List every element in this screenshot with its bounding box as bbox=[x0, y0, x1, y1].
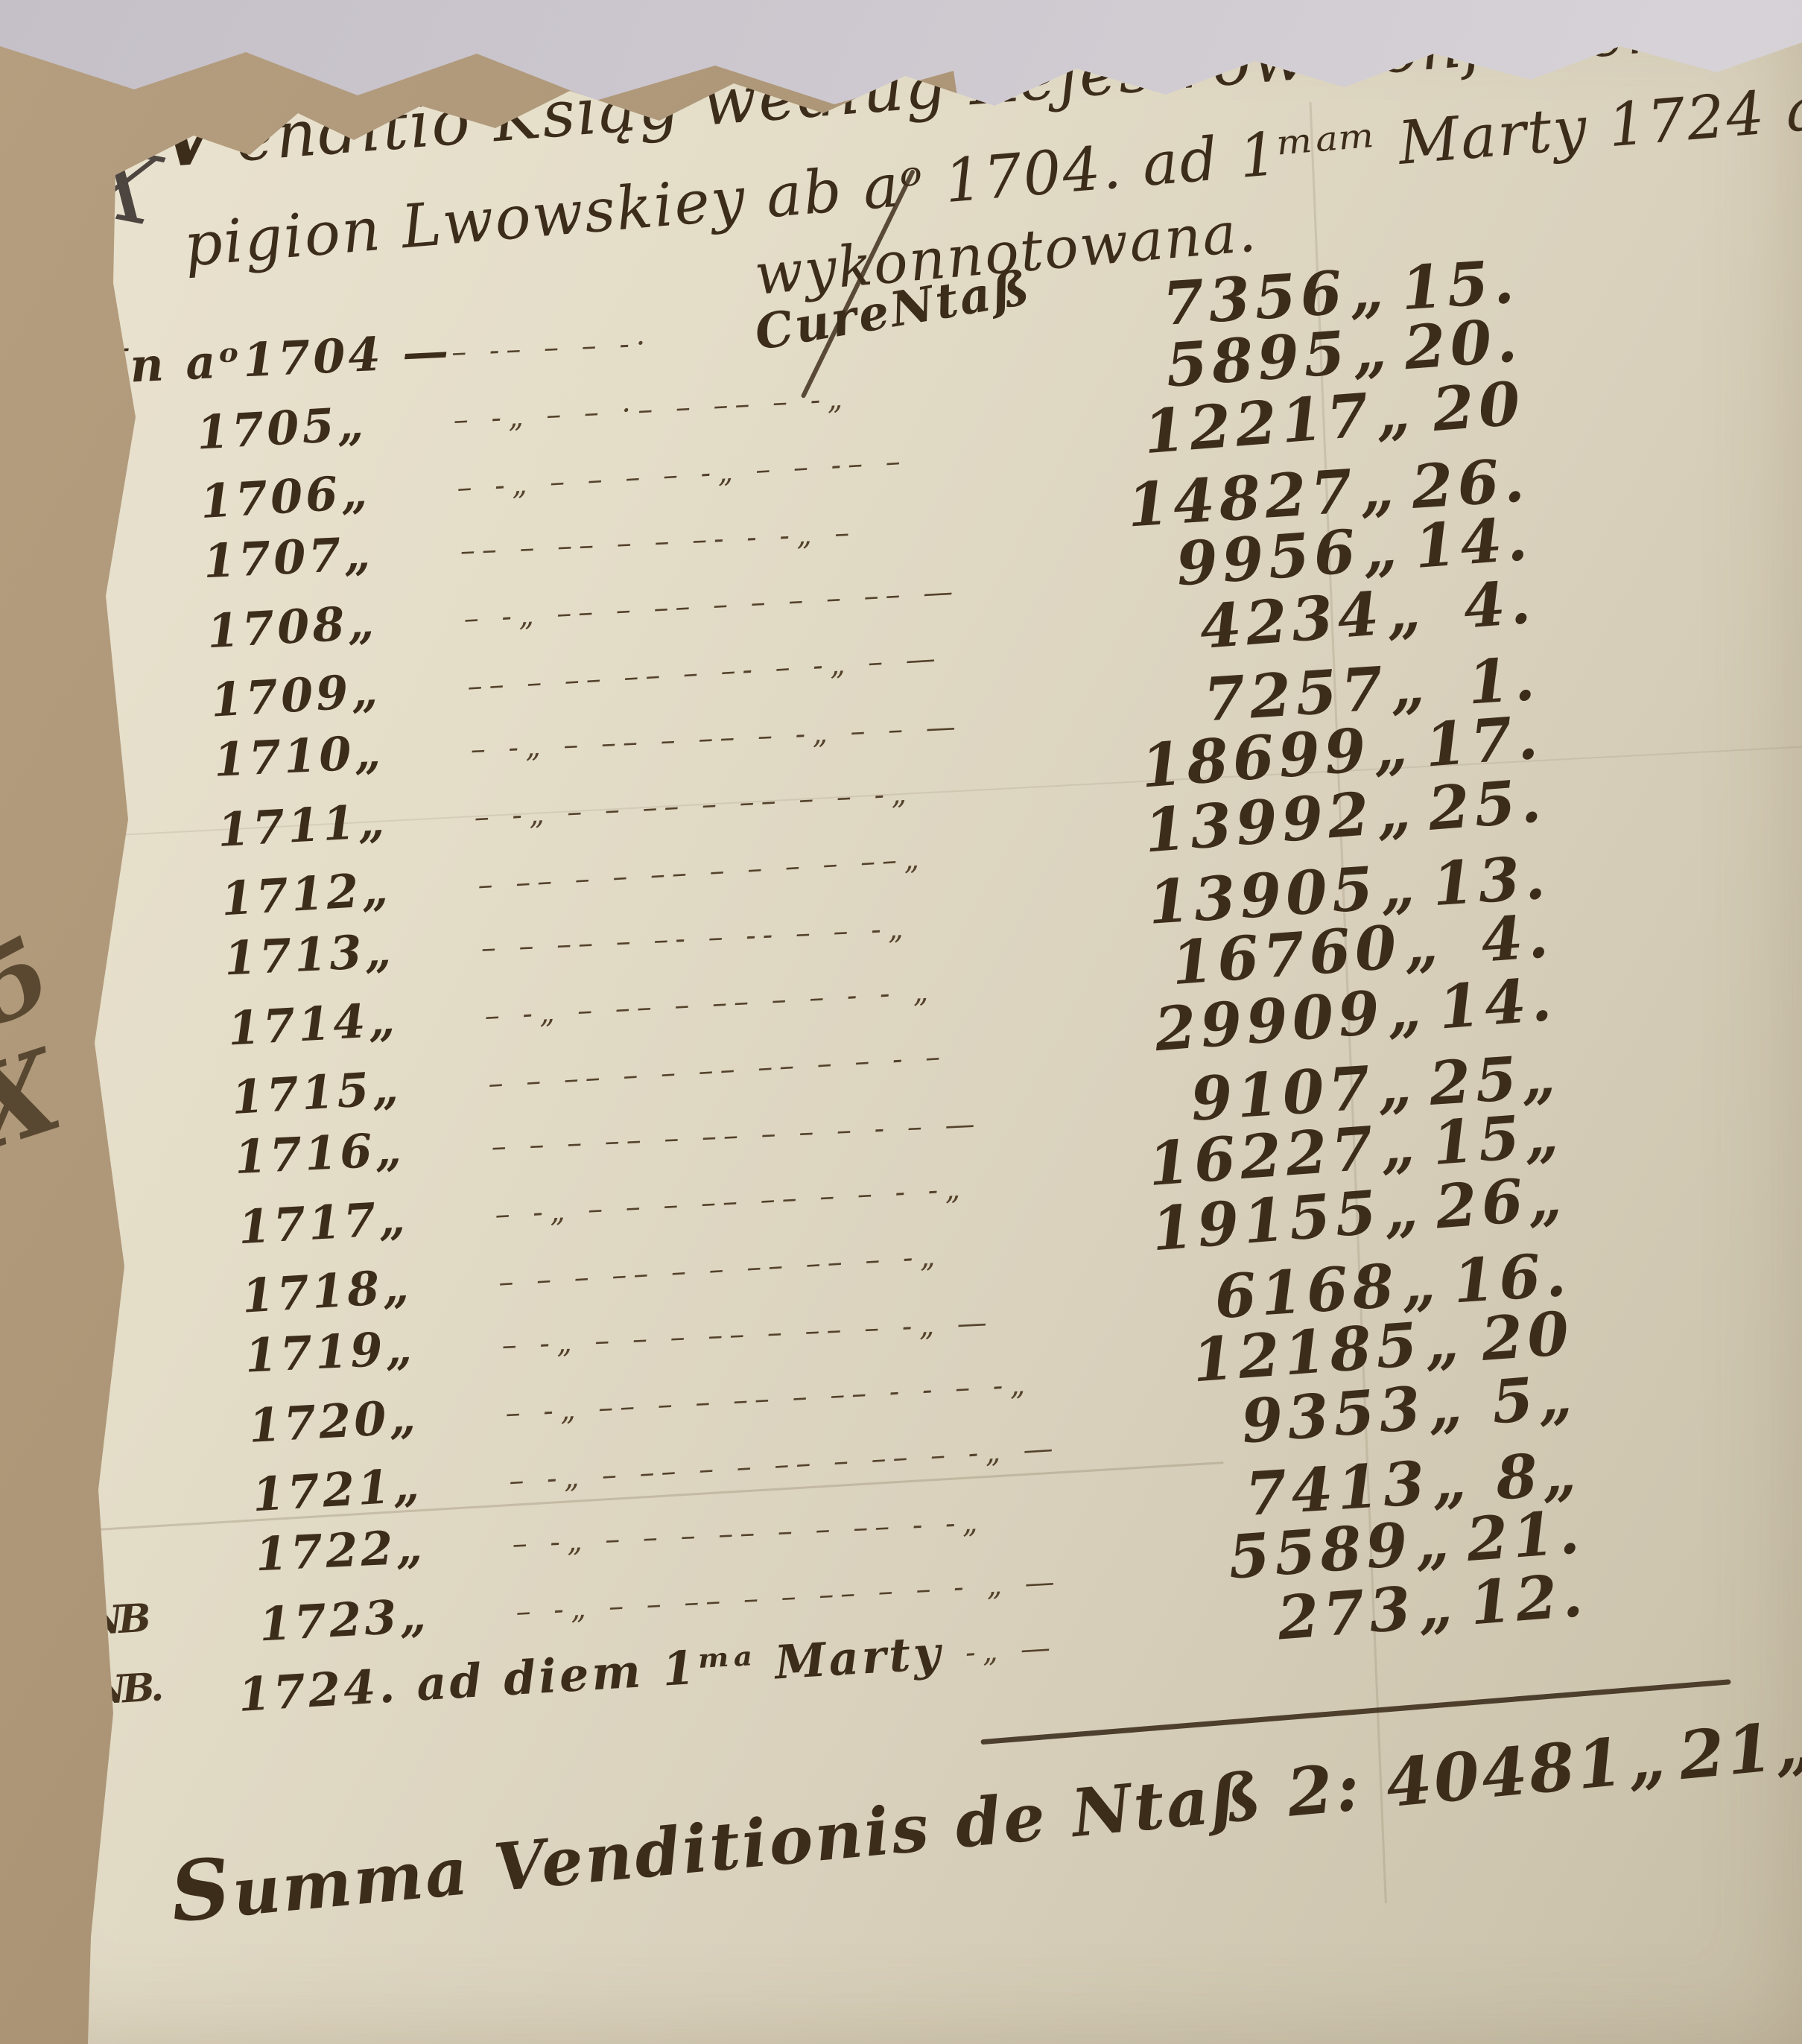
florins-value: 273 bbox=[1275, 1569, 1473, 1654]
summa-line: Summa Venditionis de Ntaß 2: 40481„21„ bbox=[166, 1690, 1802, 1941]
page-content: 3 X Venditio Ksiąg według Rejestrow Conf… bbox=[0, 0, 1802, 2044]
groszy-value: 20 bbox=[1425, 368, 1527, 445]
groszy-value: 5„ bbox=[1477, 1361, 1579, 1438]
groszy-value: 4. bbox=[1435, 566, 1538, 644]
year-label: 1713„ bbox=[223, 919, 482, 986]
summa-separator: „ bbox=[1624, 1718, 1671, 1800]
groszy-value: 26„ bbox=[1433, 1162, 1569, 1242]
ledger-rows: NBJn aᵒ1704 —– -– – – -·CureNtaß735615.1… bbox=[104, 256, 1590, 1720]
dash-run: -„ — bbox=[965, 1626, 1129, 1670]
groszy-value: 12. bbox=[1468, 1560, 1590, 1639]
year-label: 1719„ bbox=[244, 1317, 503, 1383]
groszy-value: 14. bbox=[1436, 964, 1558, 1043]
summa-label: Summa Venditionis de Ntaß 2: bbox=[168, 1748, 1365, 1937]
summa-florins: 40481 bbox=[1383, 1723, 1628, 1823]
dash-run: – -– – – -· bbox=[451, 321, 750, 369]
summa-groszy: 21„ bbox=[1675, 1704, 1802, 1794]
year-label: 1710„ bbox=[212, 721, 472, 787]
year-label: 1716„ bbox=[233, 1118, 492, 1184]
edge-scribble-bottom: X bbox=[0, 1025, 75, 1176]
manuscript-photo: 5 X 3 X Venditio Ksiąg według Rejestrow … bbox=[0, 0, 1802, 2044]
year-label: 1707„ bbox=[202, 522, 461, 588]
year-label: 1722„ bbox=[254, 1515, 513, 1581]
manuscript-page: 3 X Venditio Ksiąg według Rejestrow Conf… bbox=[0, 0, 1802, 2044]
groszy-value: 25. bbox=[1426, 765, 1548, 844]
